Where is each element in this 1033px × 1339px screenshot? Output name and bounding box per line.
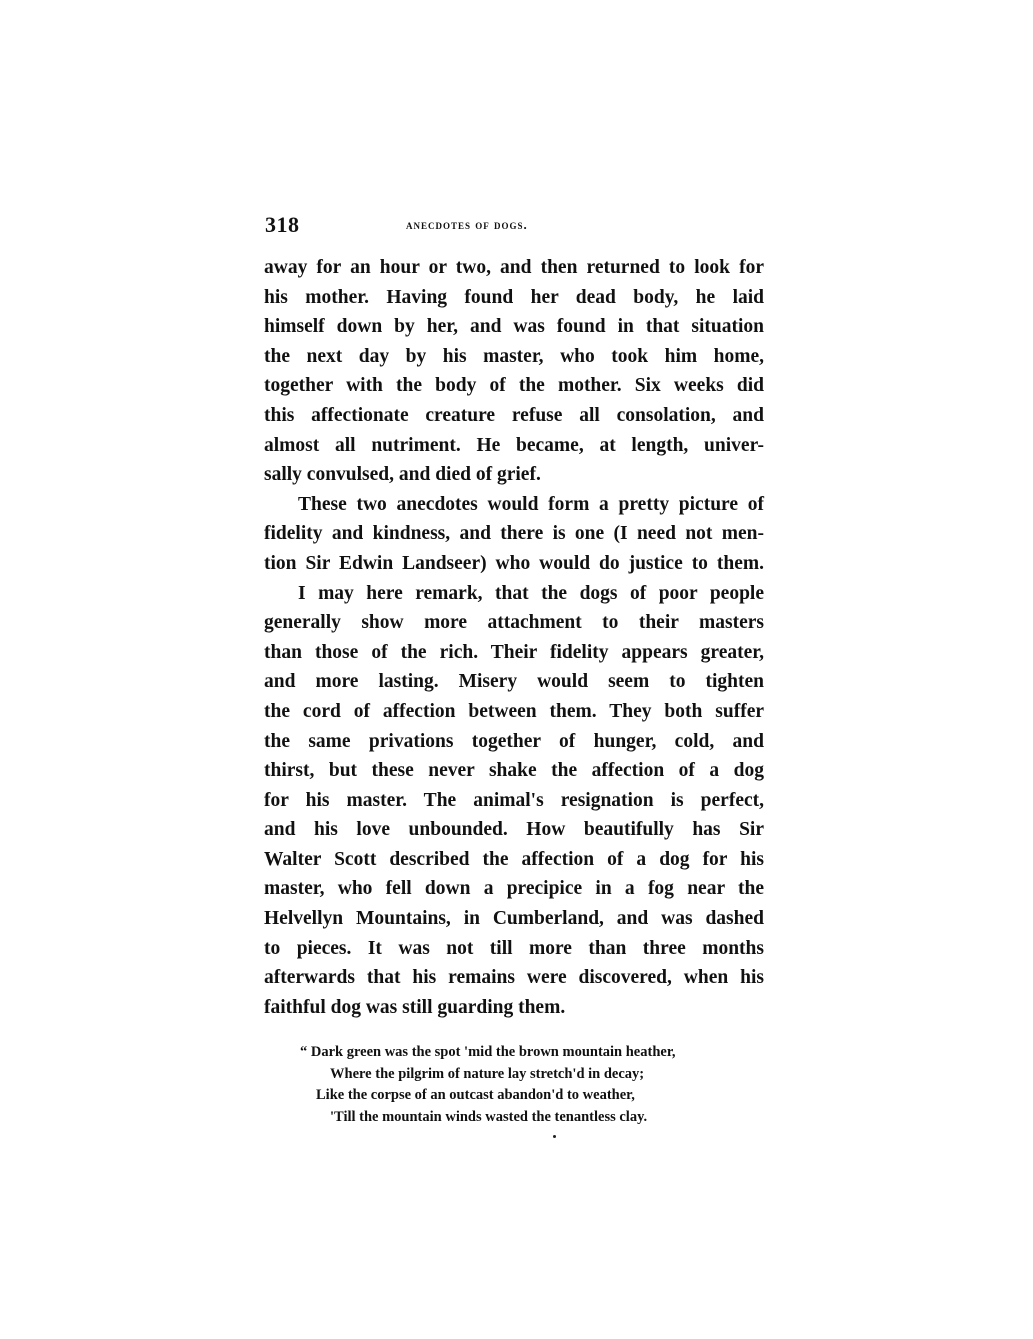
- verse-line: 'Till the mountain winds wasted the tena…: [300, 1107, 770, 1129]
- text-line: generally show more attachment to their …: [264, 608, 764, 638]
- text-line: away for an hour or two, and then return…: [264, 253, 764, 283]
- text-line: afterwards that his remains were discove…: [264, 963, 764, 993]
- text-line: fidelity and kindness, and there is one …: [264, 519, 764, 549]
- verse-line: Where the pilgrim of nature lay stretch'…: [300, 1064, 770, 1086]
- text-line: than those of the rich. Their fidelity a…: [264, 638, 764, 668]
- text-line: I may here remark, that the dogs of poor…: [264, 579, 764, 609]
- text-line: and his love unbounded. How beautifully …: [264, 815, 764, 845]
- text-line: to pieces. It was not till more than thr…: [264, 934, 764, 964]
- running-title: ANECDOTES OF DOGS.: [406, 217, 528, 233]
- text-line: faithful dog was still guarding them.: [264, 993, 764, 1023]
- text-line: the next day by his master, who took him…: [264, 342, 764, 372]
- text-line: sally convulsed, and died of grief.: [264, 460, 764, 490]
- page-number: 318: [265, 212, 300, 238]
- text-line: together with the body of the mother. Si…: [264, 371, 764, 401]
- print-mark: [553, 1135, 556, 1138]
- verse-line: Like the corpse of an outcast abandon'd …: [300, 1085, 770, 1107]
- text-line: himself down by her, and was found in th…: [264, 312, 764, 342]
- text-line: for his master. The animal's resignation…: [264, 786, 764, 816]
- text-line: tion Sir Edwin Landseer) who would do ju…: [264, 549, 764, 579]
- text-line: the same privations together of hunger, …: [264, 727, 764, 757]
- body-text: away for an hour or two, and then return…: [264, 253, 764, 1022]
- text-line: almost all nutriment. He became, at leng…: [264, 431, 764, 461]
- verse-line: “ Dark green was the spot 'mid the brown…: [300, 1042, 770, 1064]
- verse-quotation: “ Dark green was the spot 'mid the brown…: [300, 1042, 770, 1128]
- text-line: the cord of affection between them. They…: [264, 697, 764, 727]
- text-line: and more lasting. Misery would seem to t…: [264, 667, 764, 697]
- text-line: Helvellyn Mountains, in Cumberland, and …: [264, 904, 764, 934]
- text-line: master, who fell down a precipice in a f…: [264, 874, 764, 904]
- book-page: 318 ANECDOTES OF DOGS. away for an hour …: [0, 0, 1033, 1339]
- text-line: Walter Scott described the affection of …: [264, 845, 764, 875]
- text-line: his mother. Having found her dead body, …: [264, 283, 764, 313]
- page-header: 318 ANECDOTES OF DOGS.: [265, 212, 765, 240]
- text-line: thirst, but these never shake the affect…: [264, 756, 764, 786]
- text-line: this affectionate creature refuse all co…: [264, 401, 764, 431]
- text-line: These two anecdotes would form a pretty …: [264, 490, 764, 520]
